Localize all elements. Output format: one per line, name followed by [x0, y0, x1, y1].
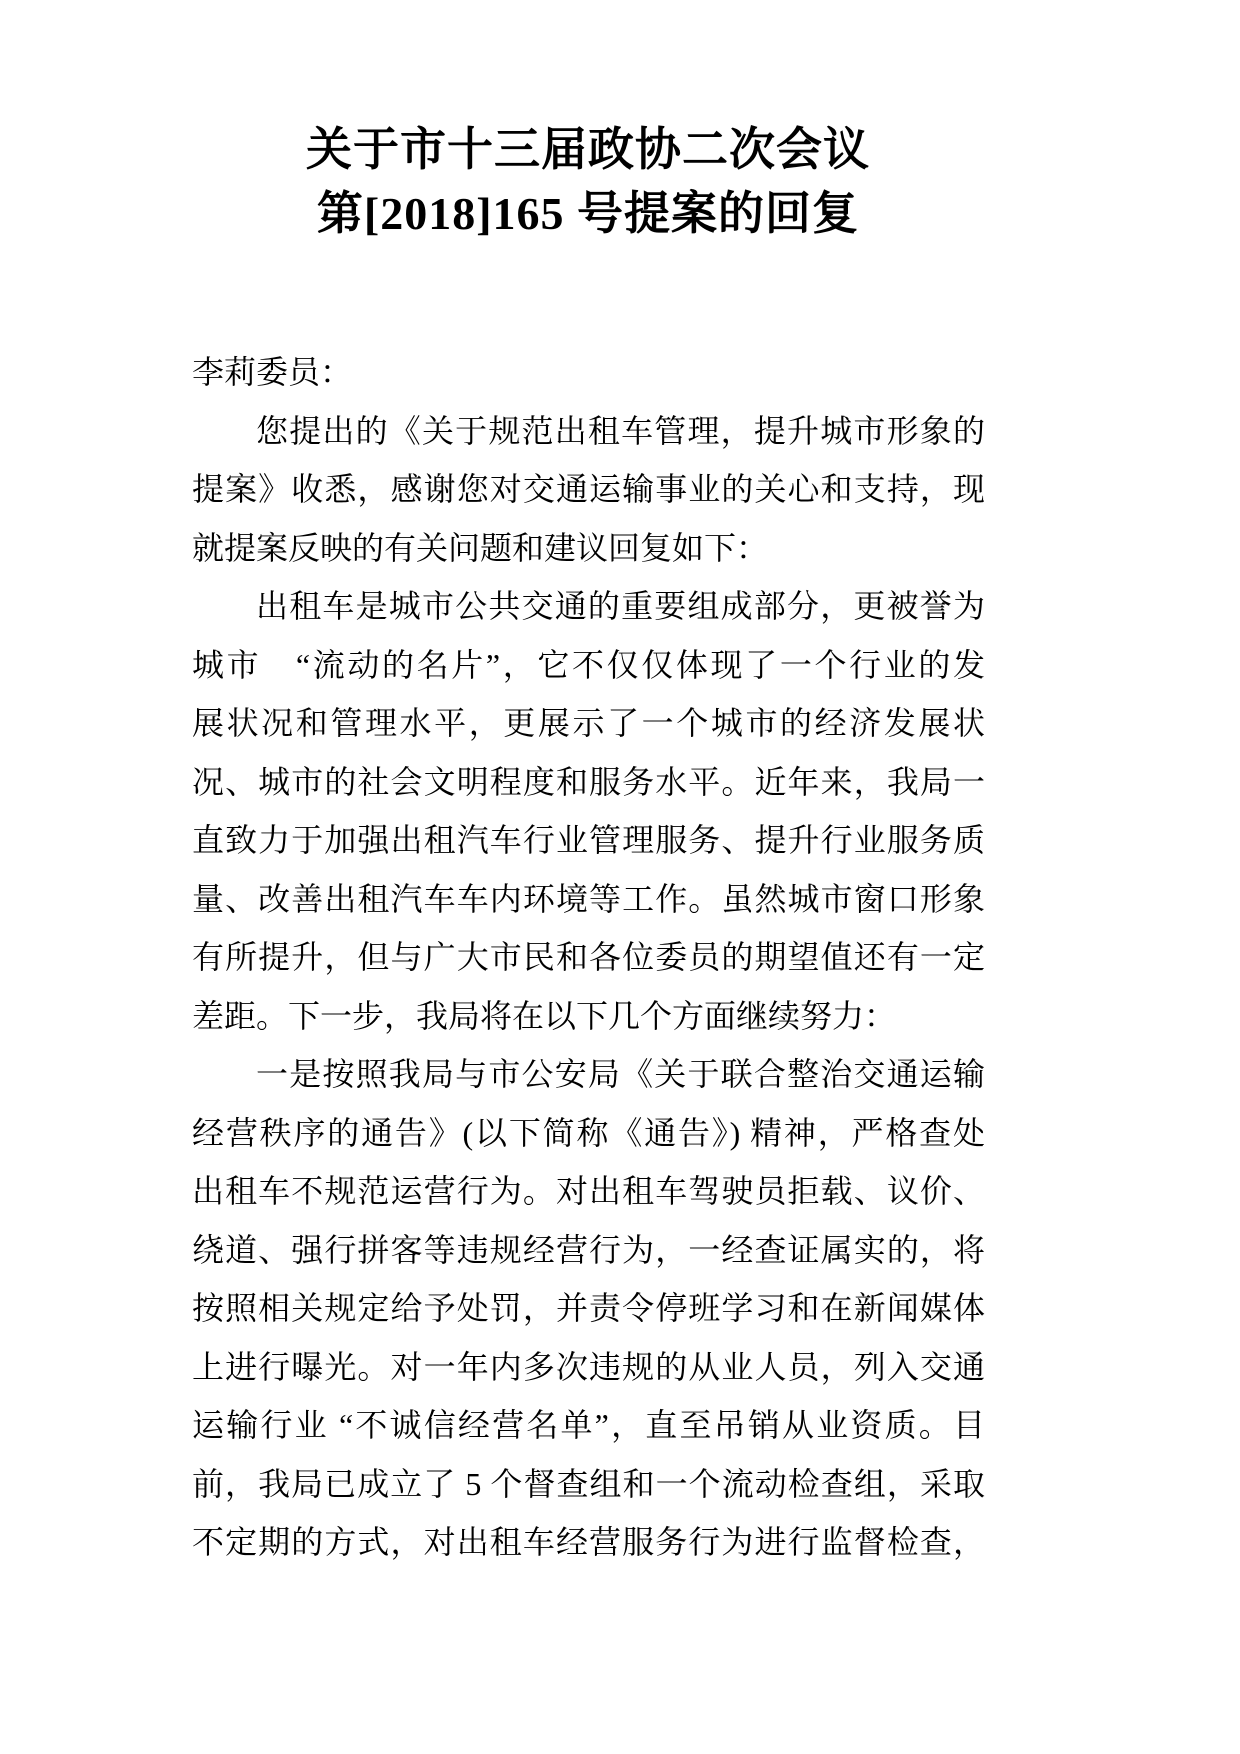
text-line: 按照相关规定给予处罚，并责令停班学习和在新闻媒体: [192, 1279, 985, 1338]
text-line: 量、改善出租汽车车内环境等工作。虽然城市窗口形象: [192, 870, 985, 929]
document-body: 李莉委员：您提出的《关于规范出租车管理，提升城市形象的提案》收悉，感谢您对交通运…: [192, 343, 985, 1572]
text-line: 提案》收悉，感谢您对交通运输事业的关心和支持，现: [192, 460, 985, 519]
text-line: 况、城市的社会文明程度和服务水平。近年来，我局一: [192, 753, 985, 812]
text-line: 经营秩序的通告》(以下简称《通告》) 精神，严格查处: [192, 1104, 985, 1163]
text-line: 城市 “流动的名片”，它不仅仅体现了一个行业的发: [192, 636, 985, 695]
document-title-line2: 第[2018]165 号提案的回复: [0, 182, 1176, 246]
document-title: 关于市十三届政协二次会议 第[2018]165 号提案的回复: [0, 0, 1176, 246]
text-line: 出租车是城市公共交通的重要组成部分，更被誉为: [192, 577, 985, 636]
text-line: 一是按照我局与市公安局《关于联合整治交通运输: [192, 1045, 985, 1104]
text-line: 李莉委员：: [192, 343, 985, 402]
text-line: 前，我局已成立了 5 个督查组和一个流动检查组，采取: [192, 1455, 985, 1514]
text-line: 就提案反映的有关问题和建议回复如下：: [192, 519, 985, 578]
text-line: 您提出的《关于规范出租车管理，提升城市形象的: [192, 402, 985, 461]
text-line: 差距。下一步，我局将在以下几个方面继续努力：: [192, 987, 985, 1046]
text-line: 直致力于加强出租汽车行业管理服务、提升行业服务质: [192, 811, 985, 870]
document-title-line1: 关于市十三届政协二次会议: [0, 118, 1176, 182]
text-line: 不定期的方式，对出租车经营服务行为进行监督检查，: [192, 1513, 985, 1572]
text-line: 出租车不规范运营行为。对出租车驾驶员拒载、议价、: [192, 1162, 985, 1221]
text-line: 展状况和管理水平，更展示了一个城市的经济发展状: [192, 694, 985, 753]
text-line: 上进行曝光。对一年内多次违规的从业人员，列入交通: [192, 1338, 985, 1397]
text-line: 运输行业 “不诚信经营名单”，直至吊销从业资质。目: [192, 1396, 985, 1455]
text-line: 有所提升，但与广大市民和各位委员的期望值还有一定: [192, 928, 985, 987]
text-line: 绕道、强行拼客等违规经营行为，一经查证属实的，将: [192, 1221, 985, 1280]
document-page: 关于市十三届政协二次会议 第[2018]165 号提案的回复 李莉委员：您提出的…: [0, 0, 1240, 1754]
